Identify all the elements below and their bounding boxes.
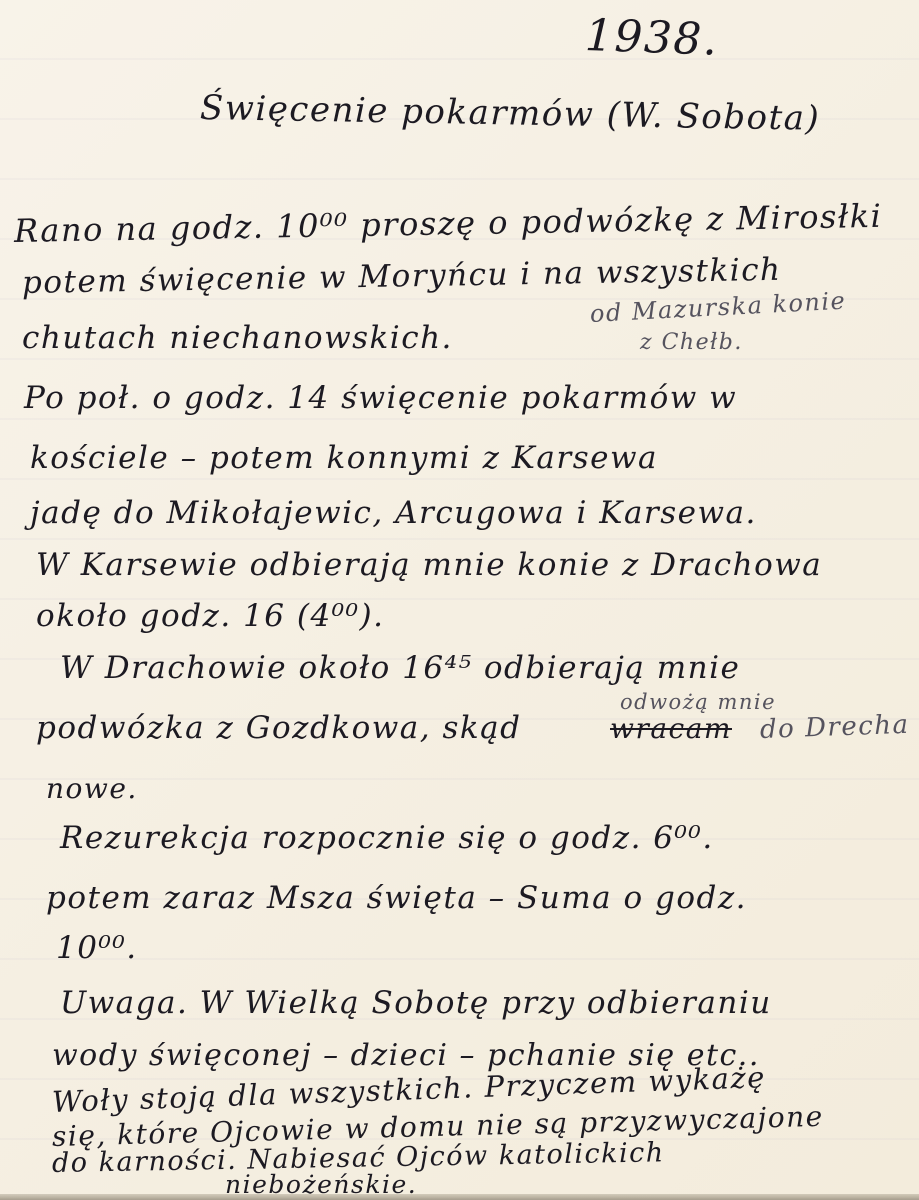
text-line-3: chutach niechanowskich.	[22, 320, 453, 356]
margin-note: od Mazurska konie	[589, 287, 847, 328]
insertion-above-line: odwożą mnie	[620, 690, 776, 714]
page-title: Święcenie pokarmów (W. Sobota)	[200, 88, 821, 139]
manuscript-page: 1938. Święcenie pokarmów (W. Sobota) Ran…	[0, 0, 919, 1200]
text-line-10: podwózka z Gozdkowa, skąd	[36, 710, 522, 746]
text-line-1: Rano na godz. 10⁰⁰ proszę o podwózkę z M…	[14, 197, 883, 250]
text-line-9: W Drachowie około 16⁴⁵ odbierają mnie	[60, 650, 740, 686]
text-line-4: Po poł. o godz. 14 święcenie pokarmów w	[24, 380, 737, 416]
text-line-15: Uwaga. W Wielką Sobotę przy odbieraniu	[60, 985, 772, 1021]
page-edge	[0, 1194, 919, 1200]
year-heading: 1938.	[584, 10, 719, 66]
text-line-5: kościele – potem konnymi z Karsewa	[30, 440, 658, 476]
continuation-note: do Drecha	[759, 710, 909, 745]
crossed-out-word: wracam	[610, 712, 732, 745]
text-line-11: nowe.	[46, 772, 138, 805]
text-line-8: około godz. 16 (4⁰⁰).	[36, 598, 385, 634]
text-line-2: potem święcenie w Moryńcu i na wszystkic…	[22, 252, 782, 301]
text-line-6: jadę do Mikołajewic, Arcugowa i Karsewa.	[30, 495, 757, 531]
text-line-12: Rezurekcja rozpocznie się o godz. 6⁰⁰.	[60, 820, 714, 856]
text-line-14: 10⁰⁰.	[56, 930, 138, 966]
margin-note-continuation: z Chełb.	[640, 330, 743, 355]
text-line-13: potem zaraz Msza święta – Suma o godz.	[46, 880, 747, 916]
text-line-7: W Karsewie odbierają mnie konie z Dracho…	[36, 547, 822, 583]
